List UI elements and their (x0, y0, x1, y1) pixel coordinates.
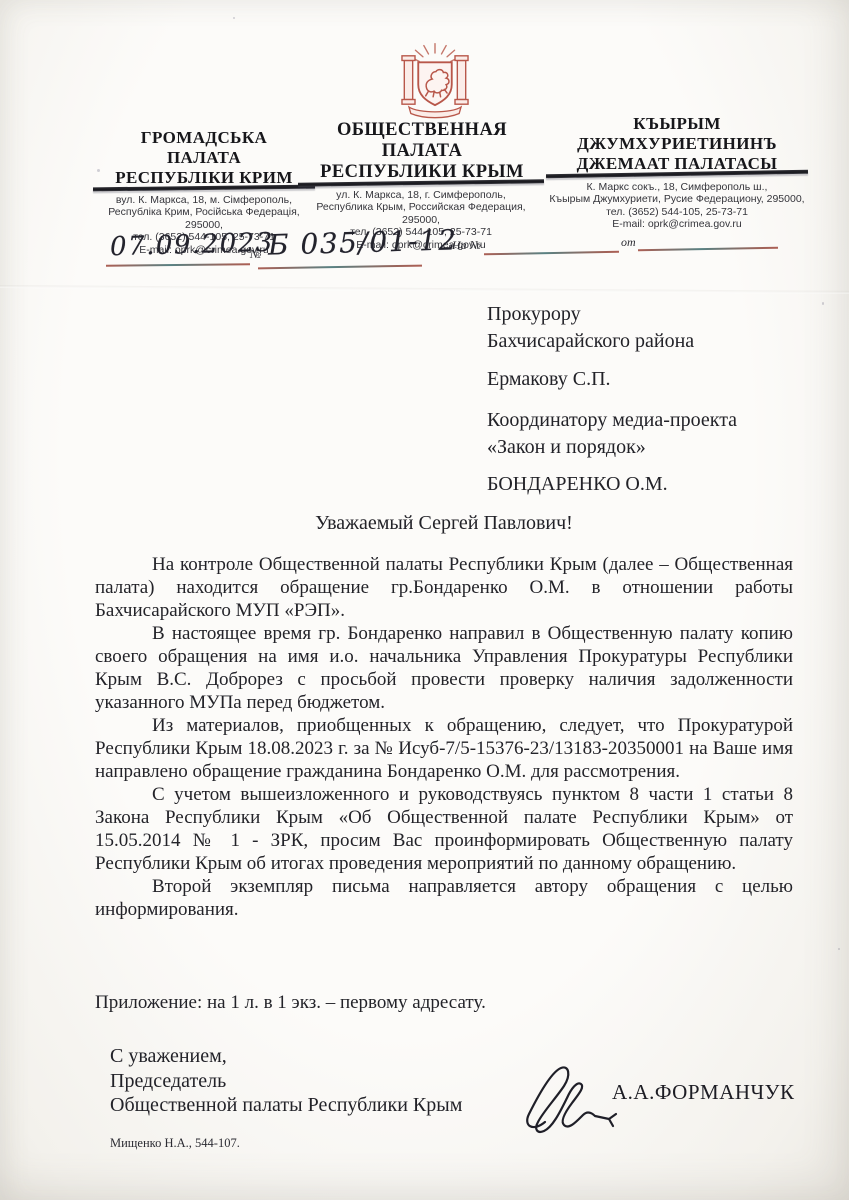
recipient-line-ermakov: Ермакову С.П. (487, 368, 611, 391)
address-line: Республика Крым, Российская Федерация, 2… (296, 201, 546, 226)
address-line: ул. К. Маркса, 18, г. Симферополь, (296, 189, 546, 201)
address-line: К. Маркс сокъ., 18, Симферополь ш., (544, 181, 810, 193)
address-line: тел. (3652) 544-105, 25-73-71 (544, 206, 810, 218)
body-paragraph-2: В настоящее время гр. Бондаренко направи… (95, 622, 793, 714)
scan-crease (0, 285, 849, 294)
letterhead-center-title-line: ПАЛАТА (298, 141, 546, 162)
letterhead-center-title-line: ОБЩЕСТВЕННАЯ (298, 120, 546, 141)
incoming-number-label: На № (452, 238, 481, 253)
letterhead-right-address: К. Маркс сокъ., 18, Симферополь ш., Къыр… (544, 181, 810, 231)
recipient-line-coordinator: Координатору медиа-проекта (487, 409, 737, 432)
recipient-line-prosecutor: Прокурору (487, 303, 581, 326)
letter-body: На контроле Общественной палаты Республи… (95, 553, 793, 921)
salutation: Уважаемый Сергей Павлович! (95, 512, 793, 535)
closing-regards: С уважением, (110, 1044, 462, 1069)
scan-speck (822, 302, 824, 305)
letterhead-center-title: ОБЩЕСТВЕННАЯ ПАЛАТА РЕСПУБЛИКИ КРЫМ (298, 120, 546, 183)
address-line: E-mail: oprk@crimea.gov.ru (544, 218, 810, 230)
closing-position-2: Общественной палаты Республики Крым (110, 1093, 462, 1118)
executor-footer: Мищенко Н.А., 544-107. (110, 1136, 240, 1151)
closing-block: С уважением, Председатель Общественной п… (110, 1044, 462, 1118)
letterhead-left-title-line: ГРОМАДСЬКА (95, 128, 313, 148)
body-paragraph-1: На контроле Общественной палаты Республи… (95, 553, 793, 622)
letterhead-left-title-line: ПАЛАТА (95, 148, 313, 168)
handwritten-number: Б 035/01-12 (268, 223, 458, 261)
crimea-coat-of-arms-icon (393, 40, 477, 120)
letterhead-left-title: ГРОМАДСЬКА ПАЛАТА РЕСПУБЛІКИ КРИМ (95, 128, 313, 188)
body-paragraph-4: С учетом вышеизложенного и руководствуяс… (95, 783, 793, 875)
letterhead-right-title-line: КЪЫРЫМ (546, 114, 808, 134)
attachment-note: Приложение: на 1 л. в 1 экз. – первому а… (95, 992, 486, 1014)
address-line: вул. К. Маркса, 18, м. Сімферополь, (93, 194, 315, 206)
closing-position-1: Председатель (110, 1069, 462, 1094)
scanned-letter-page: ГРОМАДСЬКА ПАЛАТА РЕСПУБЛІКИ КРИМ вул. К… (0, 0, 849, 1200)
letterhead-right-title-line: ДЖУМХУРИЕТИНИНЪ (546, 134, 808, 154)
reference-underline-from (638, 247, 778, 251)
scan-speck (233, 17, 235, 19)
body-paragraph-3: Из материалов, приобщенных к обращению, … (95, 714, 793, 783)
scan-speck (838, 948, 840, 950)
from-date-label: от (621, 235, 636, 250)
address-line: Къырым Джумхуриети, Русие Федерациону, 2… (544, 193, 810, 205)
body-paragraph-5: Второй экземпляр письма направляется авт… (95, 875, 793, 921)
recipient-line-project: «Закон и порядок» (487, 436, 646, 459)
recipient-line-district: Бахчисарайского района (487, 330, 694, 353)
reference-underline-incoming (484, 251, 619, 256)
recipient-line-bondarenko: БОНДАРЕНКО О.М. (487, 473, 668, 496)
reference-underline-date (106, 263, 250, 267)
number-sign-label: № (250, 247, 261, 262)
letterhead-right-title: КЪЫРЫМ ДЖУМХУРИЕТИНИНЪ ДЖЕМААТ ПАЛАТАСЫ (546, 114, 808, 174)
reference-underline-number (258, 265, 422, 270)
signature-scrawl (515, 1058, 625, 1150)
signer-name: А.А.ФОРМАНЧУК (612, 1080, 795, 1105)
